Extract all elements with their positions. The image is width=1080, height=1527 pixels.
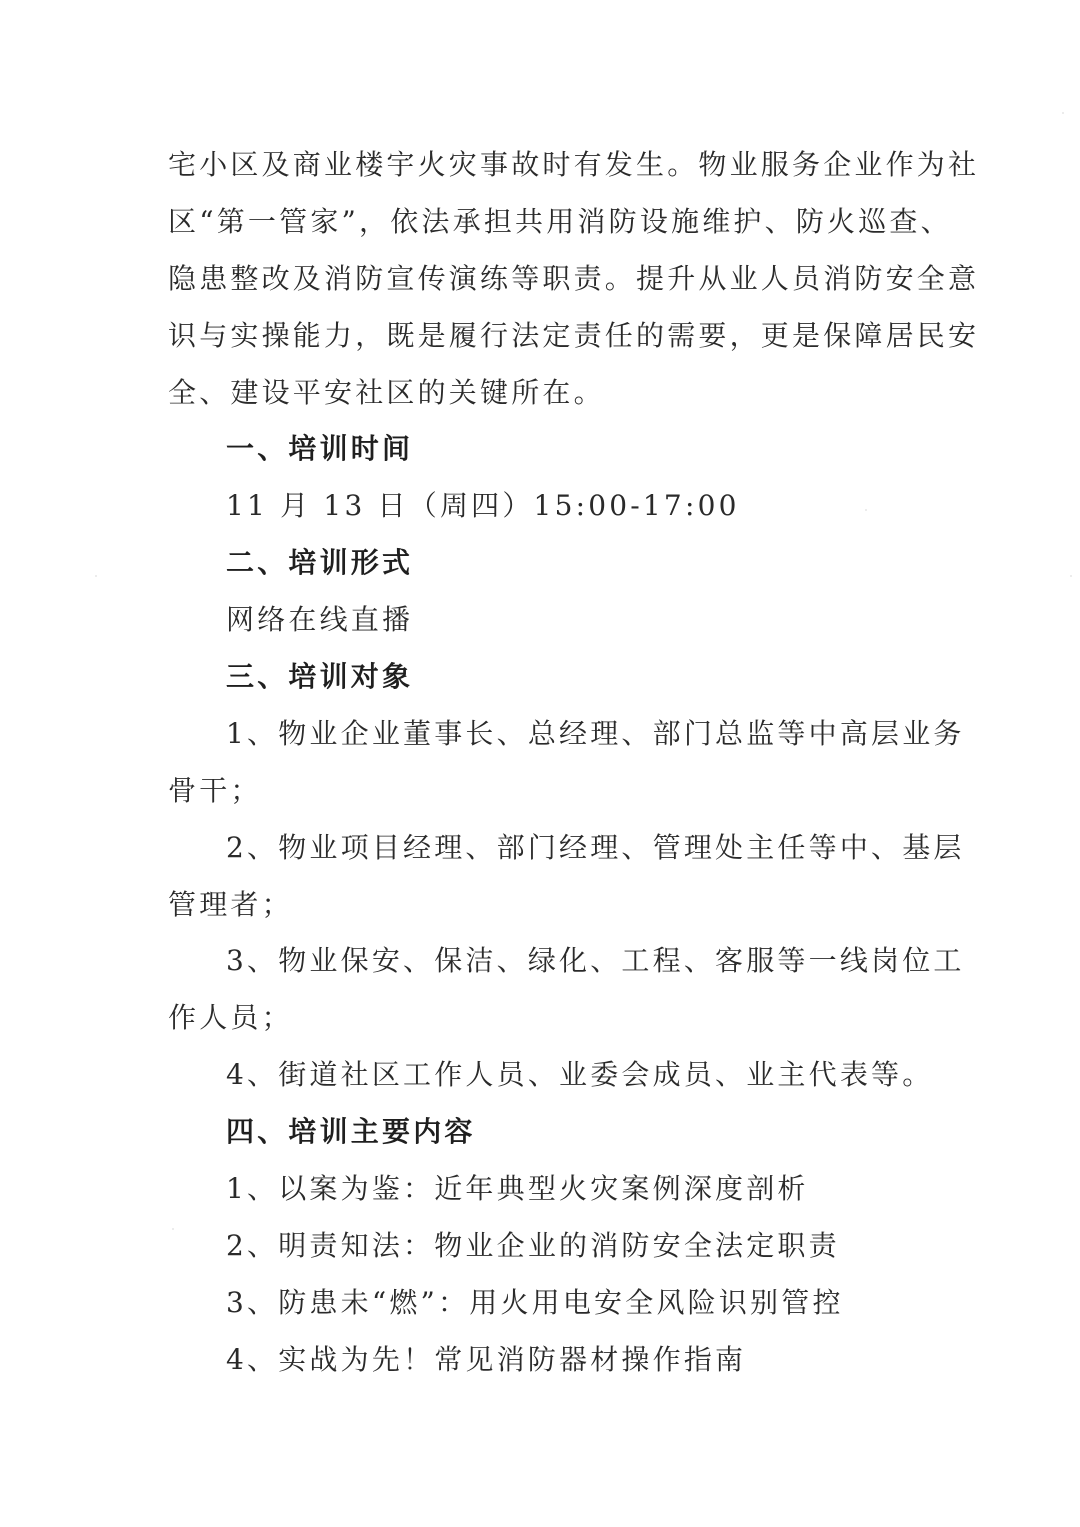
intro-line: 区“第一管家”，依法承担共用消防设施维护、防火巡查、 bbox=[168, 194, 928, 251]
audience-item: 1、物业企业董事长、总经理、部门总监等中高层业务 bbox=[168, 706, 928, 763]
scan-speck bbox=[865, 509, 867, 511]
audience-item-continuation: 作人员； bbox=[168, 990, 928, 1047]
training-format-value: 网络在线直播 bbox=[168, 592, 928, 649]
intro-line: 识与实操能力，既是履行法定责任的需要，更是保障居民安 bbox=[168, 308, 928, 365]
content-item: 4、实战为先！常见消防器材操作指南 bbox=[168, 1332, 928, 1389]
section-heading-training-format: 二、培训形式 bbox=[168, 535, 928, 592]
audience-item-continuation: 骨干； bbox=[168, 763, 928, 820]
scan-speck bbox=[172, 1228, 174, 1230]
scan-speck bbox=[95, 575, 97, 577]
audience-item: 3、物业保安、保洁、绿化、工程、客服等一线岗位工 bbox=[168, 933, 928, 990]
section-heading-training-time: 一、培训时间 bbox=[168, 421, 928, 478]
audience-item: 2、物业项目经理、部门经理、管理处主任等中、基层 bbox=[168, 820, 928, 877]
training-time-value: 11 月 13 日（周四）15:00-17:00 bbox=[168, 478, 928, 535]
content-item: 2、明责知法：物业企业的消防安全法定职责 bbox=[168, 1218, 928, 1275]
audience-item: 4、街道社区工作人员、业委会成员、业主代表等。 bbox=[168, 1047, 928, 1104]
intro-line: 全、建设平安社区的关键所在。 bbox=[168, 365, 928, 422]
scan-speck bbox=[1062, 112, 1064, 114]
intro-line: 隐患整改及消防宣传演练等职责。提升从业人员消防安全意 bbox=[168, 251, 928, 308]
section-heading-training-content: 四、培训主要内容 bbox=[168, 1104, 928, 1161]
content-item: 3、防患未“燃”：用火用电安全风险识别管控 bbox=[168, 1275, 928, 1332]
scan-speck bbox=[1070, 575, 1072, 577]
audience-item-continuation: 管理者； bbox=[168, 877, 928, 934]
content-item: 1、以案为鉴：近年典型火灾案例深度剖析 bbox=[168, 1161, 928, 1218]
intro-line: 宅小区及商业楼宇火灾事故时有发生。物业服务企业作为社 bbox=[168, 137, 928, 194]
document-page: 宅小区及商业楼宇火灾事故时有发生。物业服务企业作为社 区“第一管家”，依法承担共… bbox=[168, 137, 928, 1389]
section-heading-training-audience: 三、培训对象 bbox=[168, 649, 928, 706]
